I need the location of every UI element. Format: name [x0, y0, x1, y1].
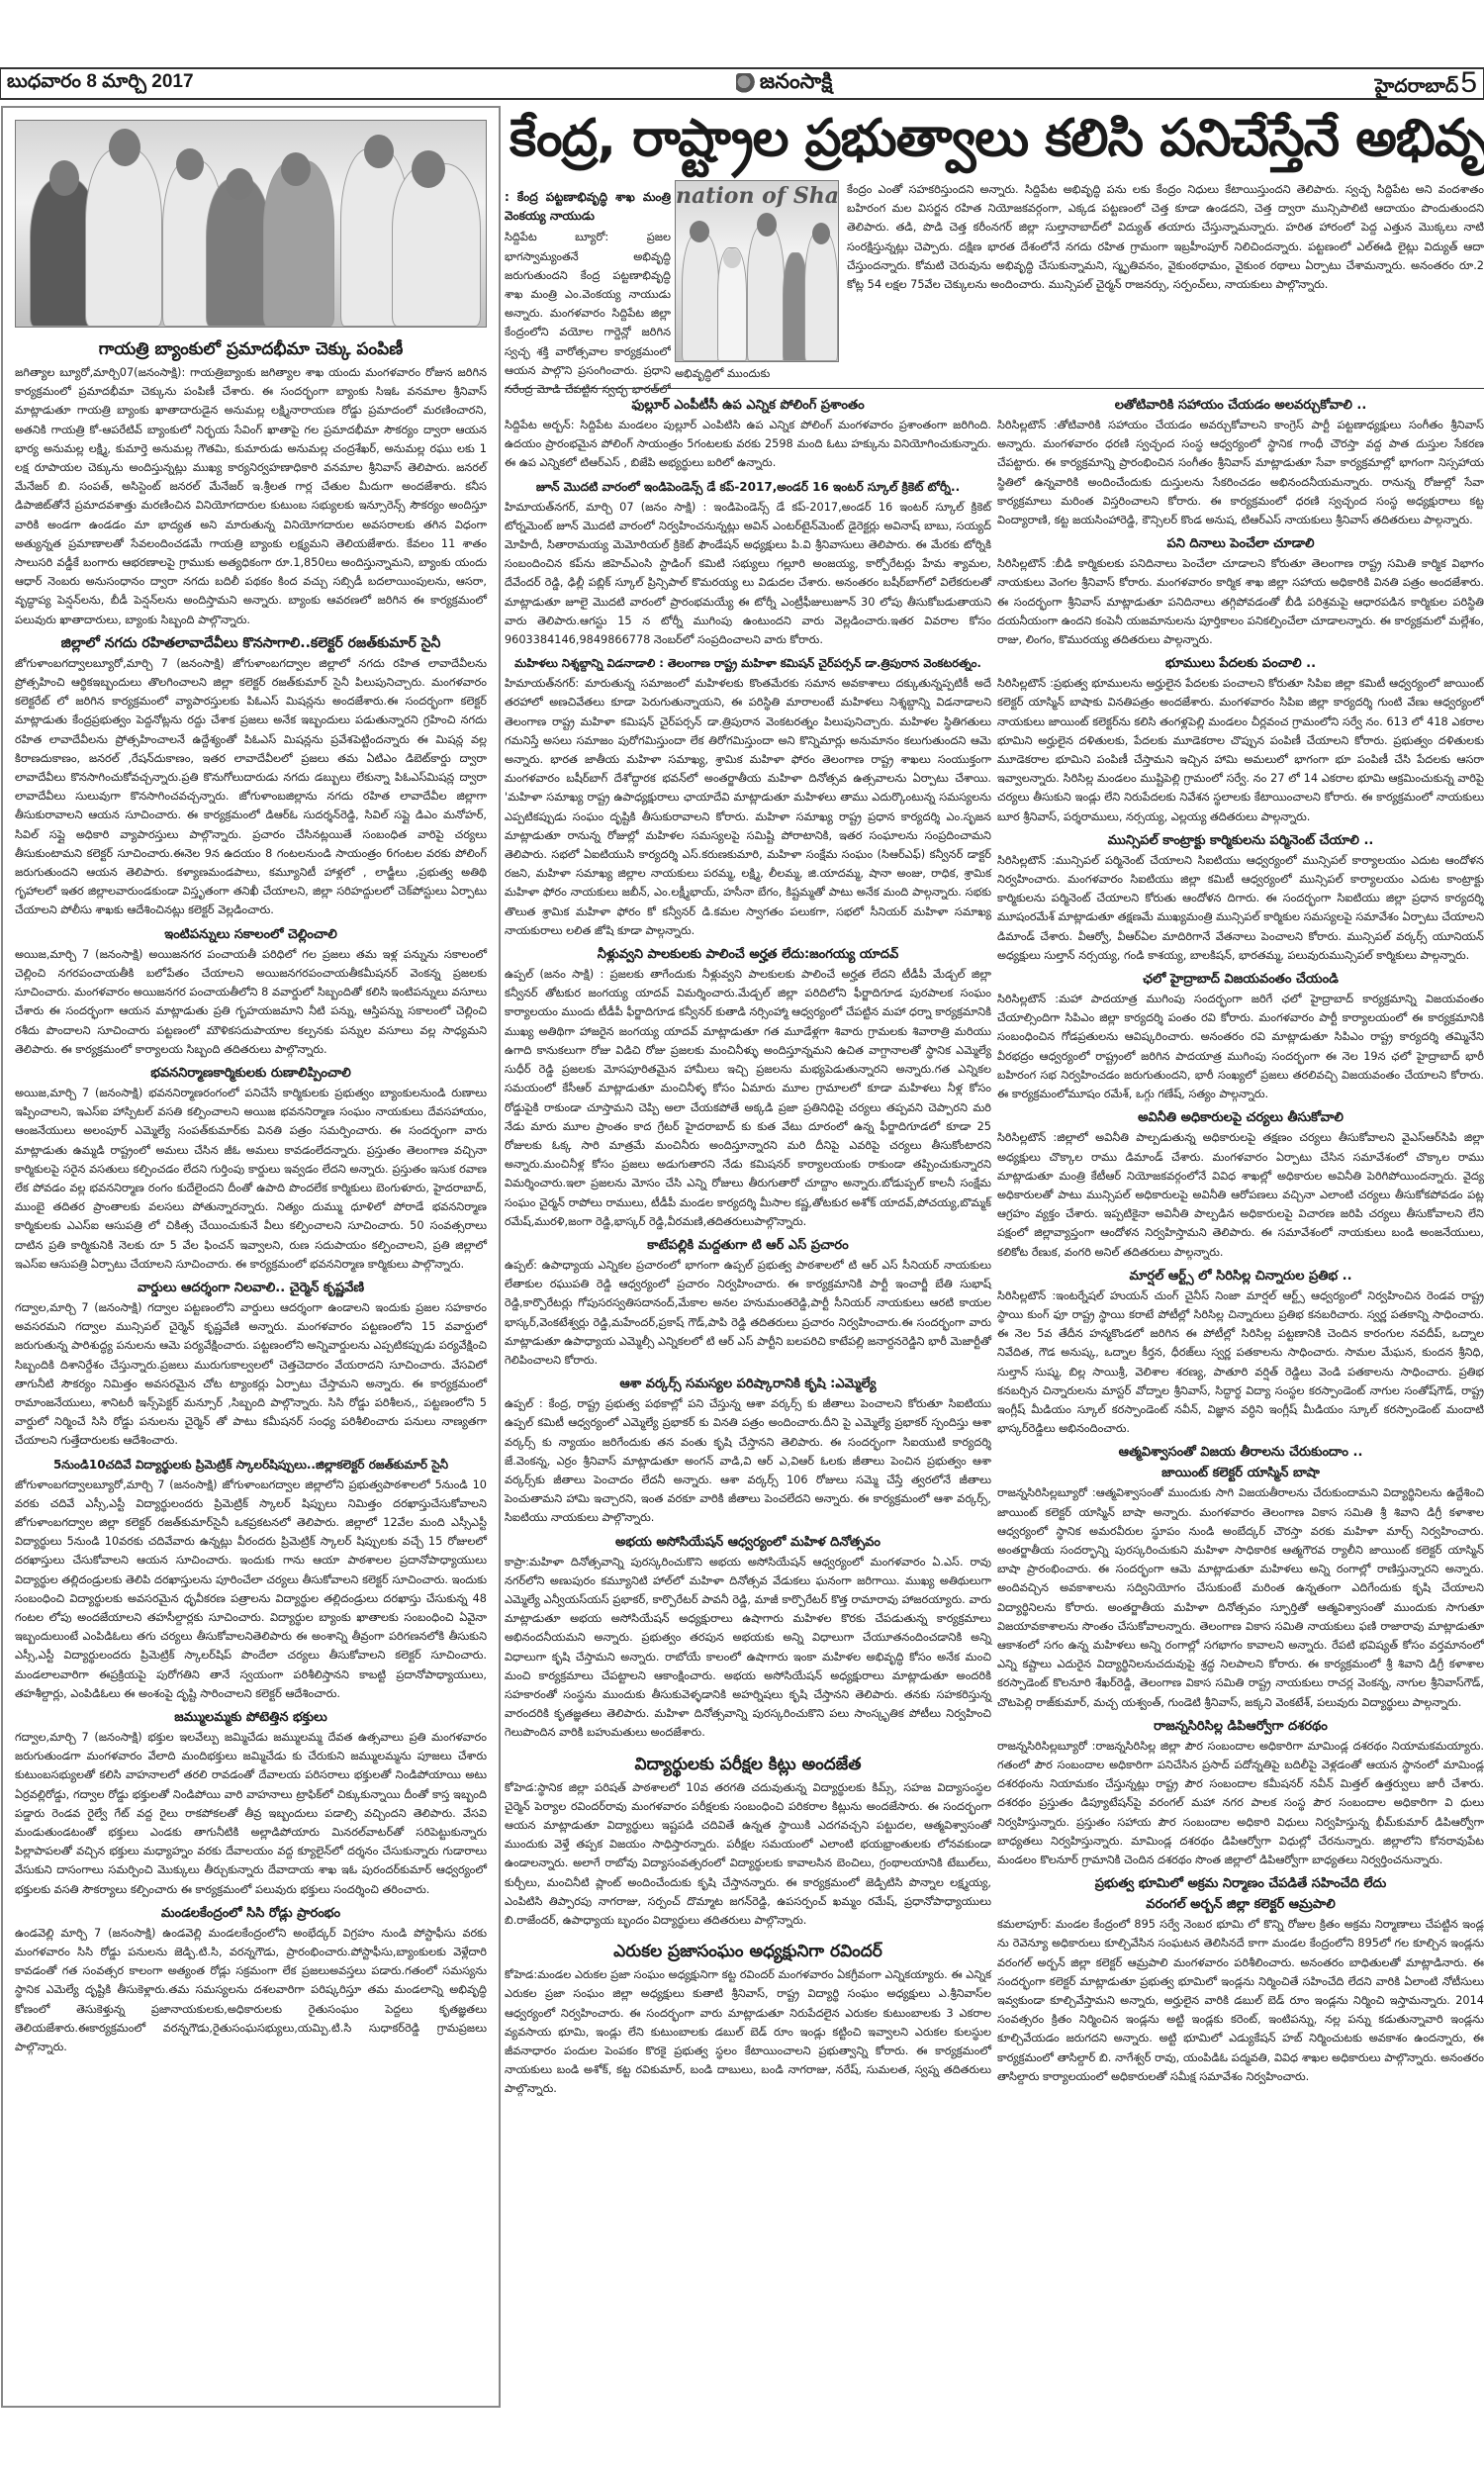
page-number: 5 [1460, 66, 1477, 100]
brand-name: జనంసాక్షి [760, 69, 832, 99]
story-headline[interactable]: అభయ అసోసియేషన్ ఆధ్వర్యంలో మహిళ దినోత్సవం [505, 1532, 991, 1553]
story-headline[interactable]: పని దినాలు పెంచేలా చూడాలి [997, 533, 1484, 554]
photo-person-head [226, 168, 253, 200]
photo-person-head [757, 213, 777, 237]
lead-story-left: : కేంద్ర పట్టణాభివృద్ధి శాఖ మంత్రి వెంకయ… [505, 180, 671, 398]
story-body: సిరిసిల్లటౌన్ :బీడి కార్మికులకు పనిదినాల… [997, 554, 1484, 649]
bank-cheque-photo[interactable] [15, 120, 487, 328]
lead-photo[interactable]: nation of Shakti Week 2017- 8 March 2017 [675, 180, 839, 362]
photo-person-head [109, 129, 140, 166]
story-headline[interactable]: విద్యార్థులకు పరీక్షల కిట్లు అందజేత [505, 1751, 991, 1778]
lead-byline: : కేంద్ర పట్టణాభివృద్ధి శాఖ మంత్రి వెంకయ… [505, 188, 671, 226]
story-headline[interactable]: ఆత్మవిశ్వాసంతో విజయ తీరాలను చేరుకుందాం .… [997, 1442, 1484, 1463]
newspaper-brand[interactable]: జనంసాక్షి [736, 69, 832, 99]
story-headline[interactable]: లతోటివారికి సహాయం చేయడం అలవర్చుకోవాలి .. [997, 395, 1484, 416]
story-headline[interactable]: గాయత్రి బ్యాంకులో ప్రమాదభీమా చెక్కు పంపి… [15, 335, 487, 363]
lead-story: : కేంద్ర పట్టణాభివృద్ధి శాఖ మంత్రి వెంకయ… [505, 180, 1484, 384]
story-headline[interactable]: ఇంటిపన్నులు సకాలంలో చెల్లించాలి [15, 924, 487, 945]
lead-body-mid: అభివృద్ధిలో ముందుకు వెళుతుందన్నారు. అమృత… [675, 364, 839, 384]
story-headline[interactable]: వార్డులు ఆదర్శంగా నిలవాలి.. చైర్మెన్ కృష… [15, 1278, 487, 1298]
left-column: గాయత్రి బ్యాంకులో ప్రమాదభీమా చెక్కు పంపి… [1, 106, 501, 2408]
story-body: గద్వాల,మార్చి 7 (జనంసాక్షి) భక్తుల ఇలవేల… [15, 1728, 487, 1899]
story-headline[interactable]: భవననిర్మాణకార్మికులకు రుణాలిప్పించాలి [15, 1063, 487, 1084]
story-body: సిరిసిల్లటౌన్ :తోటివారికి సహాయం చేయడం అవ… [997, 416, 1484, 529]
story-body: రాజన్నసిరిసిల్లబ్యూరో :రాజన్నసిరిసిల్ల జ… [997, 1737, 1484, 1869]
story-body: జోగుళాంబగద్వాలబ్యూరో,మార్చి 7 (జనంసాక్షి… [15, 654, 487, 920]
lead-body-left: సిద్దిపేట బ్యూరో: ప్రజల భాగస్వామ్యంతనే అ… [505, 228, 671, 398]
story-body: జగిత్యాల బ్యూరో,మార్చి07(జనంసాక్షి): గాయ… [15, 363, 487, 629]
story-headline[interactable]: రాజన్నసిరిసిల్ల డిపిఆర్వోగా దశరథం [997, 1716, 1484, 1737]
story-body: ఉప్పల్ : కేంద్ర, రాష్ట్ర ప్రభుత్వ పథకాల్… [505, 1394, 991, 1527]
photo-person-head [412, 150, 445, 188]
photo-person [804, 231, 838, 361]
story-body: రాజన్నసిరిసిల్లబ్యూరో :ఆత్మవిశ్వాసంతో ము… [997, 1483, 1484, 1711]
story-headline[interactable]: మండలకేంద్రంలో సిసి రోడ్లు ప్రారంభం [15, 1903, 487, 1924]
story-body: సిరిసిల్లటౌన్ :మహా పాదయాత్ర ముగింపు సందర… [997, 990, 1484, 1103]
photo-banner-text: nation of Shakti Week 2017- 8 March 2017 [676, 183, 839, 209]
right-column: లతోటివారికి సహాయం చేయడం అలవర్చుకోవాలి ..… [997, 391, 1484, 2086]
story-headline[interactable]: నీళ్లువ్వని పాలకులకు పాలించే అర్హత లేదు:… [505, 944, 991, 965]
story-body: కోహెడ:మండల ఎరుకల ప్రజా సంఘం అధ్యక్షునిగా… [505, 1965, 991, 2098]
story-subheadline: జాయింట్ కలెక్టర్ యాస్మిన్ బాషా [997, 1463, 1484, 1483]
story-body: ఉప్పల్ (జనం సాక్షి) : ప్రజలకు తాగేందుకు … [505, 965, 991, 1231]
photo-person-head [49, 160, 79, 196]
story-body: హిమాయత్‌నగర్: మారుతున్న సమాజంలో మహిళలకు … [505, 674, 991, 940]
story-headline[interactable]: ఫుల్లూర్ ఎంపీటీసీ ఉప ఎన్నిక పోలింగ్ ప్రశ… [505, 395, 991, 416]
story-body: సిరిసిల్లటౌన్ :జిల్లాలో అవినీతి పాల్పడుత… [997, 1128, 1484, 1261]
issue-date: బుధవారం 8 మార్చి 2017 [7, 71, 194, 97]
story-headline[interactable]: జూన్ మొదటి వారంలో ఇండిపెండెన్స్ డే కప్-2… [505, 477, 991, 498]
story-body: కోహెడ:స్థానిక జిల్లా పరిషత్ పాఠశాలలో 10వ… [505, 1778, 991, 1931]
photo-person-head [812, 223, 830, 244]
lead-body-right-text: కేంద్రం ఎంతో సహకరిస్తుందని అన్నారు. సిద్… [847, 180, 1484, 378]
photo-person-head [176, 148, 204, 180]
photo-person [85, 148, 162, 327]
story-body: గద్వాల,మార్చి 7 (జనంసాక్షి) గద్వాల పట్టణ… [15, 1298, 487, 1451]
photo-person-head [723, 248, 741, 268]
story-headline[interactable]: ఆశా వర్కర్స్ సమస్యల పరిష్కారానికి కృషి :… [505, 1374, 991, 1394]
story-headline[interactable]: భూములు పేదలకు పంచాలి .. [997, 653, 1484, 674]
edition-label: హైదరాబాద్ 5 [1375, 66, 1477, 102]
story-body: అయిజ,మార్చి 7 (జనంసాక్షి) భవననిర్మాణరంగం… [15, 1084, 487, 1274]
story-headline[interactable]: అవినీతి అధికారులపై చర్యలు తీసుకోవాలి [997, 1107, 1484, 1128]
lead-body-right: కేంద్రం ఎంతో సహకరిస్తుందని అన్నారు. సిద్… [843, 180, 1484, 378]
story-body: సిరిసిల్లటౌన్ :మున్సిపల్ పర్మినెంట్ చేయా… [997, 851, 1484, 965]
photo-person-head [281, 152, 311, 186]
photo-person [682, 233, 719, 361]
masthead: బుధవారం 8 మార్చి 2017 జనంసాక్షి హైదరాబాద… [0, 67, 1484, 100]
story-body: సిరిసిల్లటౌన్ :ప్రభుత్వ భూములను అర్హులైన… [997, 674, 1484, 826]
story-body: ఉప్పల్: ఉపాధ్యాయ ఎన్నికల ప్రచారంలో భాగంగ… [505, 1256, 991, 1370]
story-headline[interactable]: జమ్ములమ్మకు పోటెత్తిన భక్తులు [15, 1707, 487, 1728]
story-headline[interactable]: ప్రభుత్వ భూమిలో అక్రమ నిర్మాణం చేపడితే స… [997, 1873, 1484, 1894]
story-body: హిమాయత్‌నగర్, మార్చి 07 (జనం సాక్షి) : ఇ… [505, 498, 991, 650]
photo-person-head [690, 221, 709, 242]
photo-person-head [364, 135, 394, 168]
newspaper-logo-icon [736, 73, 756, 95]
photo-person [392, 163, 481, 327]
story-headline[interactable]: ఎరుకల ప్రజాసంఘం అధ్యక్షునిగా రవిందర్ [505, 1938, 991, 1965]
main-headline[interactable]: కేంద్ర, రాష్ట్రాల ప్రభుత్వాలు కలిసి పనిచ… [510, 102, 1484, 176]
story-body: కమలాపూర్: మండల కేంద్రంలో 895 సర్వే నెంబర… [997, 1915, 1484, 2086]
edition-name: హైదరాబాద్ [1375, 75, 1459, 102]
story-headline[interactable]: జిల్లాలో నగదు రహితలావాదేవీలు కొనసాగాలి..… [15, 633, 487, 654]
story-body: సిరిసిల్లటౌన్ :ఇంటర్నేషల్ హుయన్ చుంగ్ చై… [997, 1286, 1484, 1439]
section-divider [505, 388, 1484, 389]
story-headline[interactable]: ఛలో హైద్రాబాద్ విజయవంతం చేయండి [997, 969, 1484, 990]
photo-person [206, 178, 271, 327]
story-headline[interactable]: మున్సిపల్ కాంట్రాక్టు కార్మికులను పర్మిన… [997, 830, 1484, 851]
story-body: సిద్దిపేట అర్బన్: సిద్దిపేట మండలం పుల్లూ… [505, 416, 991, 473]
story-body: జోగుళాంబగద్వాలబ్యూరో,మార్చి 7 (జనంసాక్షి… [15, 1475, 487, 1703]
story-headline[interactable]: 5నుండి10చదివే విద్యార్థులకు ప్రిమెట్రిక్… [15, 1455, 487, 1475]
story-subheadline: వరంగల్ అర్బన్ జిల్లా కలెక్టర్ ఆమ్రపాలి [997, 1894, 1484, 1915]
story-headline[interactable]: కాటేపల్లికి మద్దతుగా టి ఆర్ ఎస్ ప్రచారం [505, 1235, 991, 1256]
story-headline[interactable]: మహిళలు నిశ్శబ్దాన్ని విడనాడాలి : తెలంగాణ… [505, 653, 991, 674]
photo-person [747, 225, 785, 361]
story-body: ఉండవెల్లి మార్చి 7 (జనంసాక్షి) ఉండవెల్లి… [15, 1924, 487, 2056]
story-body: కాప్రా:మహిళా దినోత్సవాన్ని పురస్కరించుకొ… [505, 1553, 991, 1743]
story-headline[interactable]: మార్షల్ ఆర్ట్స్ లో సిరిసిల్ల చిన్నారుల ప… [997, 1266, 1484, 1286]
middle-column: ఫుల్లూర్ ఎంపీటీసీ ఉప ఎన్నిక పోలింగ్ ప్రశ… [505, 391, 991, 2099]
story-body: అయిజ,మార్చి 7 (జనంసాక్షి) అయిజనగర పంచాయత… [15, 945, 487, 1059]
